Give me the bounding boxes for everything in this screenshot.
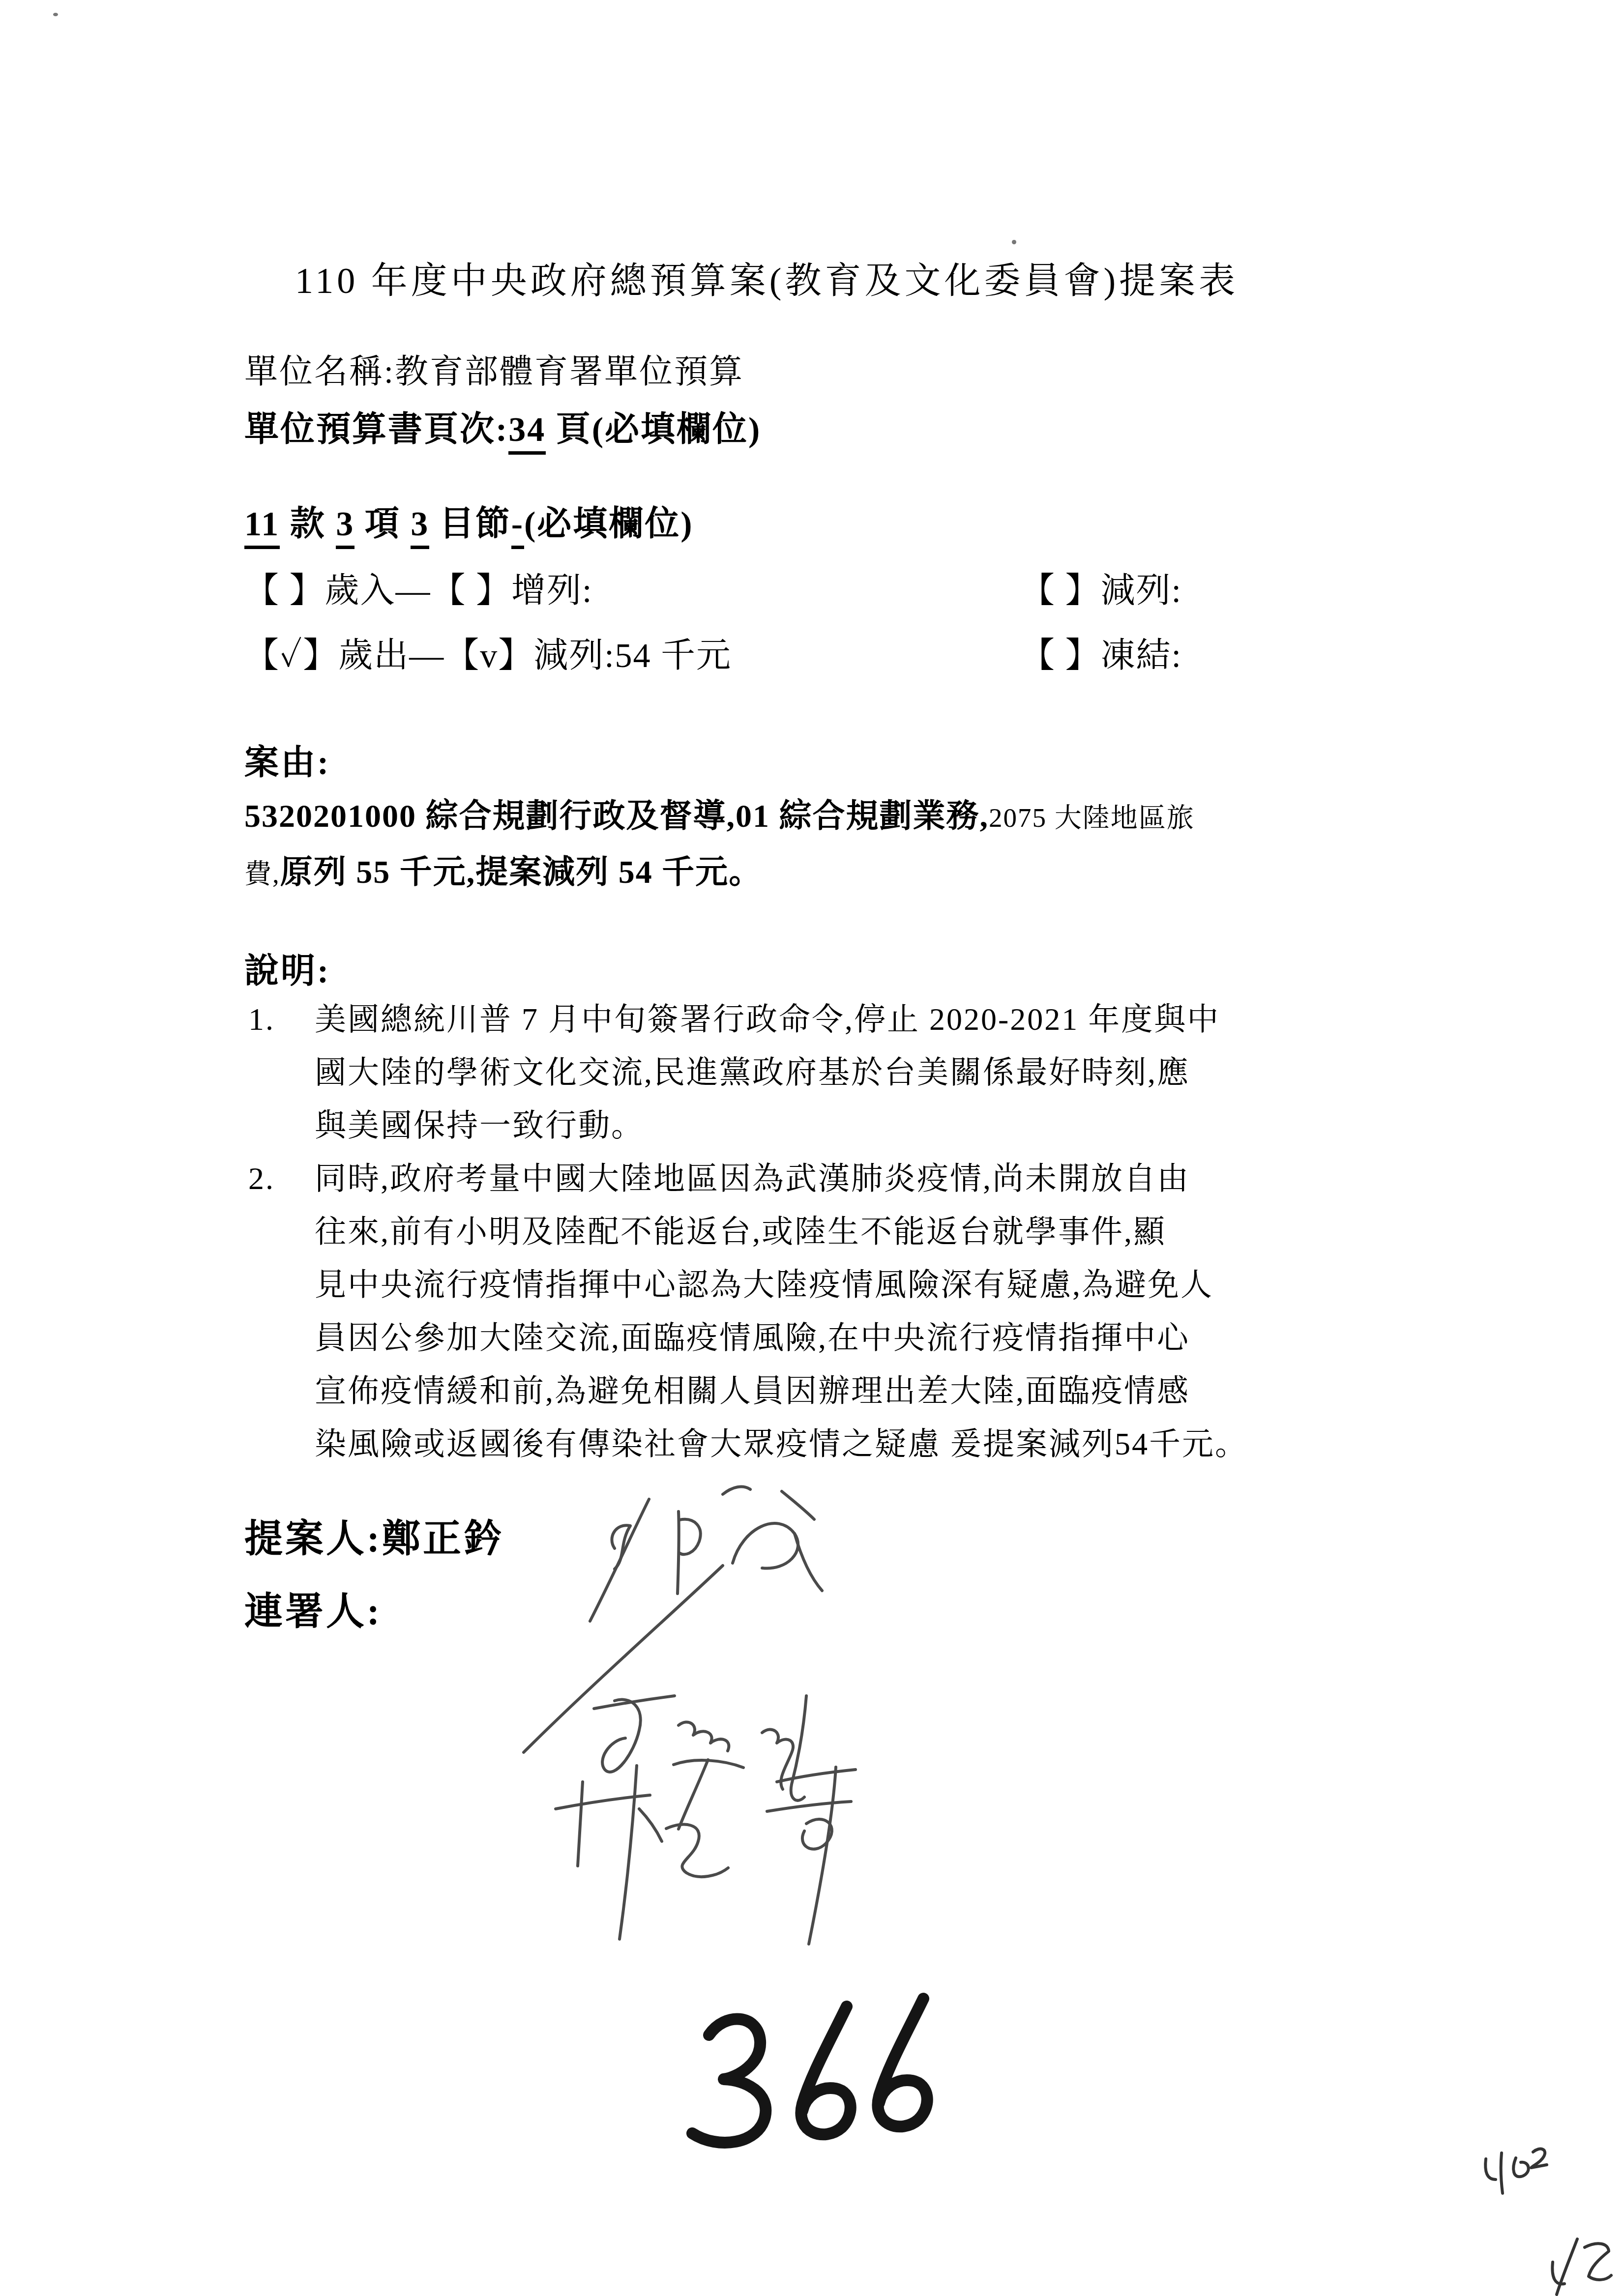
unit-page-suffix: 頁(必填欄位) — [546, 411, 761, 449]
explanation-item-2-line-5: 宣佈疫情緩和前,為避免相關人員因辦理出差大陸,面臨疫情感 — [315, 1375, 1190, 1407]
signature-proposer — [590, 1487, 822, 1621]
unit-page-line: 單位預算書頁次:34 頁(必填欄位) — [244, 413, 761, 447]
case-reason-line2-main: 原列 55 千元,提案減列 54 千元。 — [280, 854, 763, 890]
case-reason-line2: 費,原列 55 千元,提案減列 54 千元。 — [244, 856, 762, 889]
explanation-item-2-line-4: 員因公參加大陸交流,面臨疫情風險,在中央流行疫情指揮中心 — [315, 1322, 1190, 1354]
explanation-item-1-line-3: 與美國保持一致行動。 — [315, 1110, 644, 1141]
explanation-item-1-line-2: 國大陸的學術文化交流,民進黨政府基於台美關係最好時刻,應 — [315, 1057, 1190, 1088]
clause-line: 11 款 3 項 3 目節-(必填欄位) — [244, 507, 694, 542]
clause-xiang-label: 項 — [354, 505, 411, 543]
signatures-block — [467, 1465, 910, 1956]
explanation-item-2-line-1: 同時,政府考量中國大陸地區因為武漢肺炎疫情,尚未開放自由 — [315, 1163, 1190, 1194]
clause-kuan-label: 款 — [280, 505, 336, 543]
corner-note-bottom-45 — [1552, 2239, 1611, 2295]
checkbox-freeze-right: 【 】凍結: — [1020, 639, 1182, 673]
explanation-item-1-number: 1. — [248, 1004, 275, 1035]
case-reason-label: 案由: — [244, 746, 330, 781]
clause-mu-label: 目節 — [429, 505, 511, 543]
case-reason-line2-small: 費, — [244, 859, 280, 889]
explanation-item-2-line-2: 往來,前有小明及陸配不能返台,或陸生不能返台就學事件,顯 — [315, 1216, 1166, 1248]
explanation-item-1-line-1: 美國總統川普 7 月中旬簽署行政命令,停止 2020-2021 年度與中 — [315, 1004, 1220, 1035]
checkbox-reduce-right: 【 】減列: — [1020, 574, 1182, 609]
proposer-line: 提案人:鄭正鈐 — [244, 1520, 504, 1558]
corner-note-top-45 — [1485, 2149, 1547, 2193]
signature-cosigner-2 — [556, 1760, 856, 1944]
clause-xiang-number: 3 — [336, 505, 354, 549]
explanation-item-2-number: 2. — [248, 1163, 275, 1194]
clause-jie-value: - — [511, 505, 524, 549]
cosigner-label: 連署人: — [244, 1593, 382, 1631]
explanation-item-2-line-3: 見中央流行疫情指揮中心認為大陸疫情風險深有疑慮,為避免人 — [315, 1269, 1213, 1301]
unit-name-line: 單位名稱:教育部體育署單位預算 — [244, 355, 744, 388]
clause-kuan-number: 11 — [244, 505, 280, 549]
document-title: 110 年度中央政府總預算案(教育及文化委員會)提案表 — [295, 263, 1239, 299]
scanned-budget-proposal-form: 110 年度中央政府總預算案(教育及文化委員會)提案表 單位名稱:教育部體育署單… — [0, 0, 1624, 2296]
scan-speck — [53, 13, 58, 16]
handwritten-corner-notes — [1465, 2133, 1624, 2296]
proposer-label: 提案人: — [244, 1517, 382, 1560]
explanation-label: 說明: — [244, 955, 330, 989]
explanation-item-2-line-6: 染風險或返國後有傳染社會大眾疫情之疑慮 爰提案減列54千元。 — [315, 1428, 1248, 1460]
clause-suffix: (必填欄位) — [524, 505, 694, 543]
checkbox-revenue-increase: 【 】歲入—【 】增列: — [244, 574, 592, 609]
unit-page-number: 34 — [508, 411, 546, 455]
case-reason-line1-main: 5320201000 綜合規劃行政及督導,01 綜合規劃業務, — [244, 798, 989, 834]
unit-page-label: 單位預算書頁次: — [244, 411, 508, 449]
case-reason-line1-small: 2075 大陸地區旅 — [989, 803, 1195, 833]
checkbox-expenditure-reduce: 【✓】歲出—【v】減列:54 千元 — [244, 639, 732, 673]
scan-speck — [1012, 240, 1016, 244]
signature-cosigner-1 — [524, 1566, 806, 1801]
handwritten-page-stamp-366 — [669, 1986, 944, 2153]
clause-mu-number: 3 — [411, 505, 429, 549]
case-reason-line1: 5320201000 綜合規劃行政及督導,01 綜合規劃業務,2075 大陸地區… — [244, 800, 1195, 833]
